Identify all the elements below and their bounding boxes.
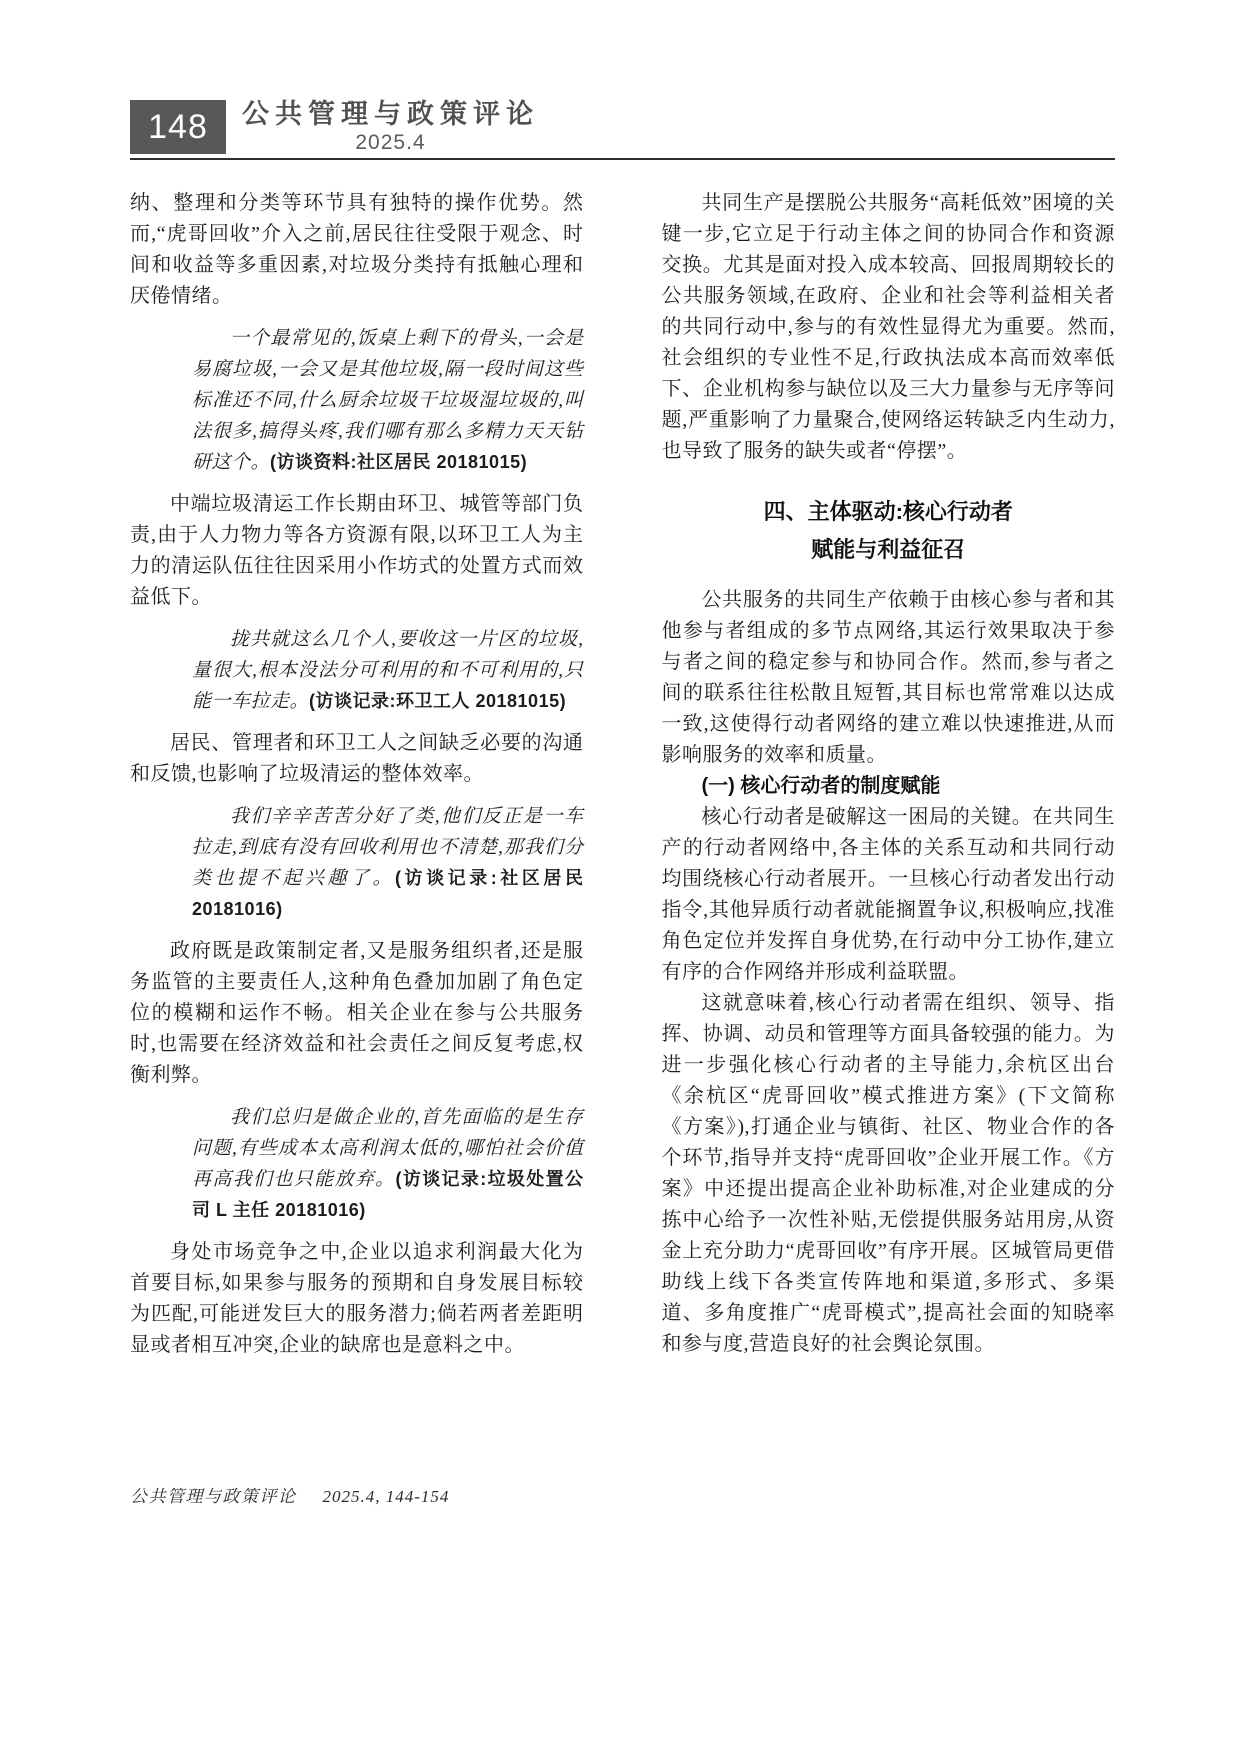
journal-title: 公共管理与政策评论 [242, 98, 539, 130]
section-heading-line2: 赋能与利益征召 [811, 537, 965, 562]
journal-page: 148 公共管理与政策评论 2025.4 纳、整理和分类等环节具有独特的操作优势… [0, 0, 1240, 1754]
footer-journal: 公共管理与政策评论 [130, 1487, 297, 1506]
paragraph: 共同生产是摆脱公共服务“高耗低效”困境的关键一步,它立足于行动主体之间的协同合作… [662, 188, 1116, 467]
interview-quote: 我们总归是做企业的,首先面临的是生存问题,有些成本太高利润太低的,哪怕社会价值再… [192, 1102, 584, 1226]
section-heading-line1: 四、主体驱动:核心行动者 [764, 499, 1013, 524]
journal-title-block: 公共管理与政策评论 2025.4 [242, 98, 539, 156]
paragraph: 这就意味着,核心行动者需在组织、领导、指挥、协调、动员和管理等方面具备较强的能力… [662, 988, 1116, 1360]
paragraph: 公共服务的共同生产依赖于由核心参与者和其他参与者组成的多节点网络,其运行效果取决… [662, 585, 1116, 771]
article-body: 纳、整理和分类等环节具有独特的操作优势。然而,“虎哥回收”介入之前,居民往往受限… [130, 188, 1115, 1361]
subsection-heading: (一) 核心行动者的制度赋能 [662, 771, 1116, 802]
page-header: 148 公共管理与政策评论 2025.4 [130, 98, 1115, 160]
section-heading: 四、主体驱动:核心行动者赋能与利益征召 [662, 493, 1116, 569]
quote-source: (访谈记录:环卫工人 20181015) [309, 691, 566, 711]
right-column: 共同生产是摆脱公共服务“高耗低效”困境的关键一步,它立足于行动主体之间的协同合作… [662, 188, 1116, 1361]
left-column: 纳、整理和分类等环节具有独特的操作优势。然而,“虎哥回收”介入之前,居民往往受限… [130, 188, 584, 1361]
paragraph: 居民、管理者和环卫工人之间缺乏必要的沟通和反馈,也影响了垃圾清运的整体效率。 [130, 728, 584, 790]
paragraph: 纳、整理和分类等环节具有独特的操作优势。然而,“虎哥回收”介入之前,居民往往受限… [130, 188, 584, 312]
paragraph: 政府既是政策制定者,又是服务组织者,还是服务监管的主要责任人,这种角色叠加加剧了… [130, 936, 584, 1091]
page-number-badge: 148 [130, 100, 226, 154]
footer-citation: 公共管理与政策评论2025.4, 144-154 [130, 1482, 449, 1507]
paragraph: 核心行动者是破解这一困局的关键。在共同生产的行动者网络中,各主体的关系互动和共同… [662, 802, 1116, 988]
paragraph: 身处市场竞争之中,企业以追求利润最大化为首要目标,如果参与服务的预期和自身发展目… [130, 1237, 584, 1361]
footer-pages: 2025.4, 144-154 [323, 1487, 450, 1506]
interview-quote: 我们辛辛苦苦分好了类,他们反正是一车拉走,到底有没有回收利用也不清楚,那我们分类… [192, 801, 584, 925]
interview-quote: 一个最常见的,饭桌上剩下的骨头,一会是易腐垃圾,一会又是其他垃圾,隔一段时间这些… [192, 323, 584, 478]
quote-source: (访谈资料:社区居民 20181015) [270, 452, 527, 472]
journal-issue: 2025.4 [242, 130, 539, 156]
paragraph: 中端垃圾清运工作长期由环卫、城管等部门负责,由于人力物力等各方资源有限,以环卫工… [130, 489, 584, 613]
interview-quote: 拢共就这么几个人,要收这一片区的垃圾,量很大,根本没法分可利用的和不可利用的,只… [192, 624, 584, 717]
